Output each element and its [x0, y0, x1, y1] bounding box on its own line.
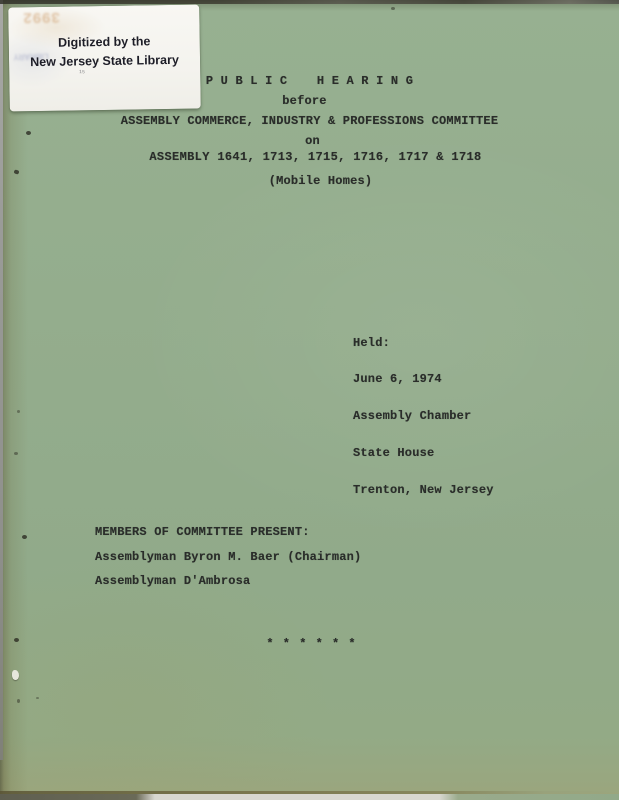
- held-building: State House: [353, 447, 494, 459]
- title-on: on: [3, 134, 619, 148]
- scan-speck: [391, 7, 395, 10]
- staple-mark: [22, 535, 27, 539]
- digitization-label-line2: New Jersey State Library: [9, 50, 200, 72]
- title-committee: ASSEMBLY COMMERCE, INDUSTRY & PROFESSION…: [0, 114, 619, 128]
- asterisk-separator: * * * * * *: [2, 637, 619, 651]
- scanned-cover-page: 3992 LIBRARY Digitized by the New Jersey…: [0, 0, 619, 800]
- digitization-label-text: Digitized by the New Jersey State Librar…: [9, 32, 201, 72]
- scan-speck: [36, 697, 39, 699]
- title-subject: (Mobile Homes): [11, 174, 619, 188]
- scan-speck: [17, 699, 20, 703]
- title-before: before: [0, 94, 614, 108]
- bleed-through-number: 3992: [22, 9, 60, 27]
- held-date: June 6, 1974: [353, 373, 494, 385]
- title-public-hearing: P U B L I C H E A R I N G: [0, 74, 619, 88]
- staple-mark: [26, 131, 31, 135]
- member-chairman: Assemblyman Byron M. Baer (Chairman): [95, 550, 361, 564]
- underlying-page-edge: [0, 794, 619, 800]
- member-dambrosa: Assemblyman D'Ambrosa: [95, 574, 250, 588]
- scan-speck: [14, 452, 18, 455]
- held-city: Trenton, New Jersey: [353, 484, 494, 496]
- staple-mark: [14, 638, 19, 642]
- paper-chip-mark: [12, 670, 19, 680]
- scan-speck: [17, 410, 20, 413]
- title-bill-numbers: ASSEMBLY 1641, 1713, 1715, 1716, 1717 & …: [6, 150, 619, 164]
- scan-speck: [96, 60, 99, 62]
- members-heading: MEMBERS OF COMMITTEE PRESENT:: [95, 525, 310, 539]
- held-venue: Assembly Chamber: [353, 410, 494, 422]
- held-heading: Held:: [353, 337, 494, 349]
- page-top-edge: [0, 0, 619, 4]
- hearing-details-block: Held: June 6, 1974 Assembly Chamber Stat…: [353, 312, 494, 521]
